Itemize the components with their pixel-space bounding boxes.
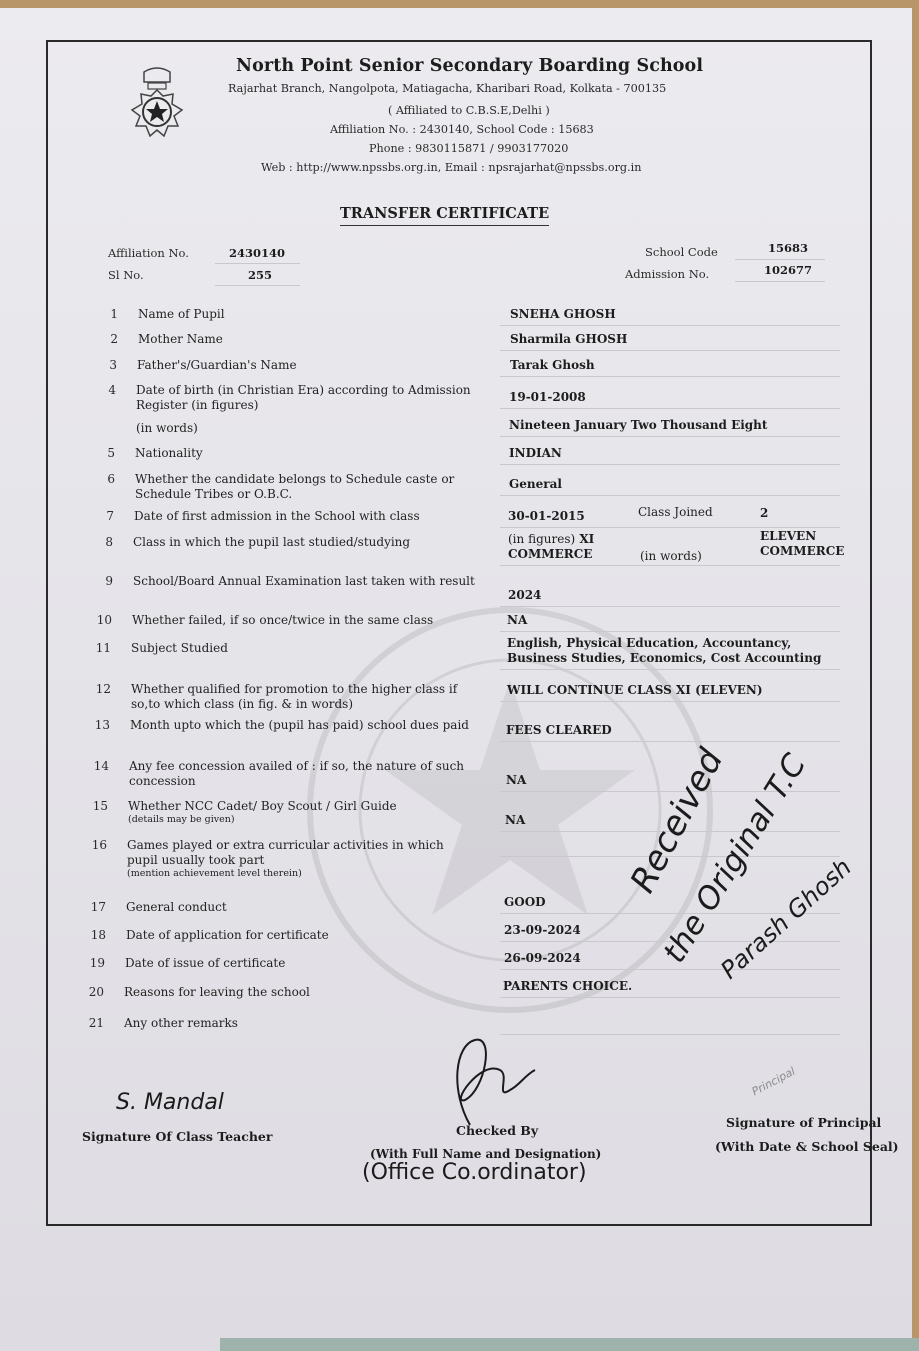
field-label: Date of application for certificate [126,928,476,943]
field-value-text: 30-01-2015 [508,509,585,523]
field-value: SNEHA GHOSH [510,307,616,322]
field-label-text: Date of birth (in Christian Era) accordi… [136,383,471,412]
field-label: Nationality [135,446,485,461]
field-label-text: Date of application for certificate [126,928,329,942]
field-label: Any other remarks [124,1016,474,1031]
row-number: 7 [92,509,114,523]
figures-prefix: (in figures) [508,532,575,546]
row-number: 21 [82,1016,104,1030]
field-label: Games played or extra curricular activit… [127,838,477,880]
principal-signature-sub-label: (With Date & School Seal) [715,1138,899,1156]
field-label: Reasons for leaving the school [124,985,474,1000]
row-number: 13 [88,718,110,732]
field-label-text: General conduct [126,900,227,914]
school-web-email: Web : http://www.npssbs.org.in, Email : … [261,161,641,174]
field-extra-label: Class Joined [638,505,713,520]
field-label: Date of issue of certificate [125,956,475,971]
field-label-text: Month upto which the (pupil has paid) sc… [130,718,469,732]
school-address: Rajarhat Branch, Nangolpota, Matiagacha,… [228,82,666,95]
field-value-text: NA [507,613,527,627]
field-label-text: Name of Pupil [138,307,225,321]
affiliation-codes: Affiliation No. : 2430140, School Code :… [330,123,594,136]
field-label-text: Nationality [135,446,203,460]
field-label-text: Date of first admission in the School wi… [134,509,420,523]
admission-no-label: Admission No. [625,267,709,281]
row-number: 15 [86,799,108,813]
checker-signature-scribble [440,1030,550,1130]
row-number: 1 [96,307,118,321]
field-label-text: Whether NCC Cadet/ Boy Scout / Girl Guid… [128,799,397,813]
row-number: 19 [83,956,105,970]
field-label: Whether qualified for promotion to the h… [131,682,481,712]
class-teacher-signature: S. Mandal [116,1090,224,1115]
field-label-text: Date of issue of certificate [125,956,285,970]
field-value: Tarak Ghosh [510,358,595,373]
field-label-text: Games played or extra curricular activit… [127,838,444,867]
field-label: School/Board Annual Examination last tak… [133,574,483,589]
field-extra-value: 2 [760,506,768,521]
field-label-text: Whether the candidate belongs to Schedul… [135,472,454,501]
field-label: Whether failed, if so once/twice in the … [132,613,482,628]
field-value-text: Nineteen January Two Thousand Eight [509,418,767,432]
field-label: General conduct [126,900,476,915]
field-value: NA [506,773,526,788]
row-number: 4 [94,383,116,397]
field-value-text: 26-09-2024 [504,951,581,965]
field-label: Date of first admission in the School wi… [134,509,484,524]
field-value-text: 2024 [508,588,541,602]
table-surface [220,1338,919,1351]
field-value: INDIAN [509,446,562,461]
field-value-text: 23-09-2024 [504,923,581,937]
field-label-text: Any fee concession availed of : if so, t… [129,759,464,788]
field-note: (mention achievement level therein) [127,868,477,880]
school-crest-star-icon [128,66,186,144]
field-label-text: Class in which the pupil last studied/st… [133,535,410,549]
field-label-text: Whether failed, if so once/twice in the … [132,613,433,627]
received-note-handwriting: Received the Original T.C Parash Ghosh [600,680,900,1010]
affiliation-no-value: 2430140 [229,246,285,260]
field-label: (in words) [136,421,486,436]
field-value-text-line2: Business Studies, Economics, Cost Accoun… [507,651,821,665]
sl-no-label: Sl No. [108,268,144,282]
field-label: Father's/Guardian's Name [137,358,487,373]
field-value-text: FEES CLEARED [506,723,612,737]
field-value-text: NA [505,813,525,827]
class-teacher-signature-label: Signature Of Class Teacher [82,1128,272,1146]
checked-by-label: Checked By [456,1122,538,1140]
field-value: 30-01-2015 [508,509,585,524]
field-label-text: Subject Studied [131,641,228,655]
field-label-text: Reasons for leaving the school [124,985,310,999]
row-number: 17 [84,900,106,914]
field-label-text: Whether qualified for promotion to the h… [131,682,457,711]
field-value: 2024 [508,588,541,603]
field-value-text: INDIAN [509,446,562,460]
field-extra-value: ELEVENCOMMERCE [760,529,844,559]
row-number: 2 [96,332,118,346]
field-value-text: Sharmila GHOSH [510,332,627,346]
field-value-text: GOOD [504,895,546,909]
row-number: 6 [93,472,115,486]
row-number: 10 [90,613,112,627]
field-value: General [509,477,562,492]
field-value-text: SNEHA GHOSH [510,307,616,321]
field-label: Whether the candidate belongs to Schedul… [135,472,485,502]
field-value: 26-09-2024 [504,951,581,966]
field-label: Month upto which the (pupil has paid) sc… [130,718,480,733]
figures-value: XI [579,532,594,546]
field-value-text: COMMERCE [508,547,592,561]
row-number: 20 [82,985,104,999]
principal-signature-label: Signature of Principal [726,1114,881,1132]
field-label-text: School/Board Annual Examination last tak… [133,574,475,588]
admission-no-value: 102677 [764,263,812,277]
field-label: Any fee concession availed of : if so, t… [129,759,479,789]
field-value: Nineteen January Two Thousand Eight [509,418,767,433]
field-label: Subject Studied [131,641,481,656]
field-value: GOOD [504,895,546,910]
field-value: FEES CLEARED [506,723,612,738]
field-value-text: 19-01-2008 [509,390,586,404]
field-label-text: (in words) [136,421,198,435]
field-value-text: NA [506,773,526,787]
field-value-text: English, Physical Education, Accountancy… [507,636,791,650]
field-value-text: General [509,477,562,491]
field-value: 23-09-2024 [504,923,581,938]
row-number: 5 [93,446,115,460]
certificate-title: TRANSFER CERTIFICATE [340,205,549,226]
field-label: Date of birth (in Christian Era) accordi… [136,383,486,413]
affiliation-board: ( Affiliated to C.B.S.E,Delhi ) [388,104,550,117]
row-number: 11 [89,641,111,655]
school-code-value: 15683 [768,241,808,255]
row-number: 16 [85,838,107,852]
affiliation-no-label: Affiliation No. [108,246,189,260]
field-label: Class in which the pupil last studied/st… [133,535,483,550]
field-label-text: Mother Name [138,332,223,346]
field-label-text: Father's/Guardian's Name [137,358,297,372]
field-label: Mother Name [138,332,488,347]
school-name: North Point Senior Secondary Boarding Sc… [236,56,703,76]
field-value: Sharmila GHOSH [510,332,627,347]
field-extra-label: (in words) [640,549,702,564]
field-label: Name of Pupil [138,307,488,322]
field-label: Whether NCC Cadet/ Boy Scout / Girl Guid… [128,799,478,826]
row-number: 12 [89,682,111,696]
field-value: English, Physical Education, Accountancy… [507,636,821,666]
school-code-label: School Code [645,245,718,259]
row-number: 3 [95,358,117,372]
field-label-text: Any other remarks [124,1016,238,1030]
sl-no-value: 255 [248,268,272,282]
school-phone: Phone : 9830115871 / 9903177020 [369,142,568,155]
row-number: 8 [91,535,113,549]
field-note: (details may be given) [128,814,478,826]
checker-designation-handwriting: (Office Co.ordinator) [362,1160,587,1185]
field-value: (in figures) XICOMMERCE [508,532,594,562]
field-value-text: Tarak Ghosh [510,358,595,372]
field-value: NA [505,813,525,828]
row-number: 14 [87,759,109,773]
field-value: 19-01-2008 [509,390,586,405]
field-value: NA [507,613,527,628]
row-number: 9 [91,574,113,588]
row-number: 18 [84,928,106,942]
